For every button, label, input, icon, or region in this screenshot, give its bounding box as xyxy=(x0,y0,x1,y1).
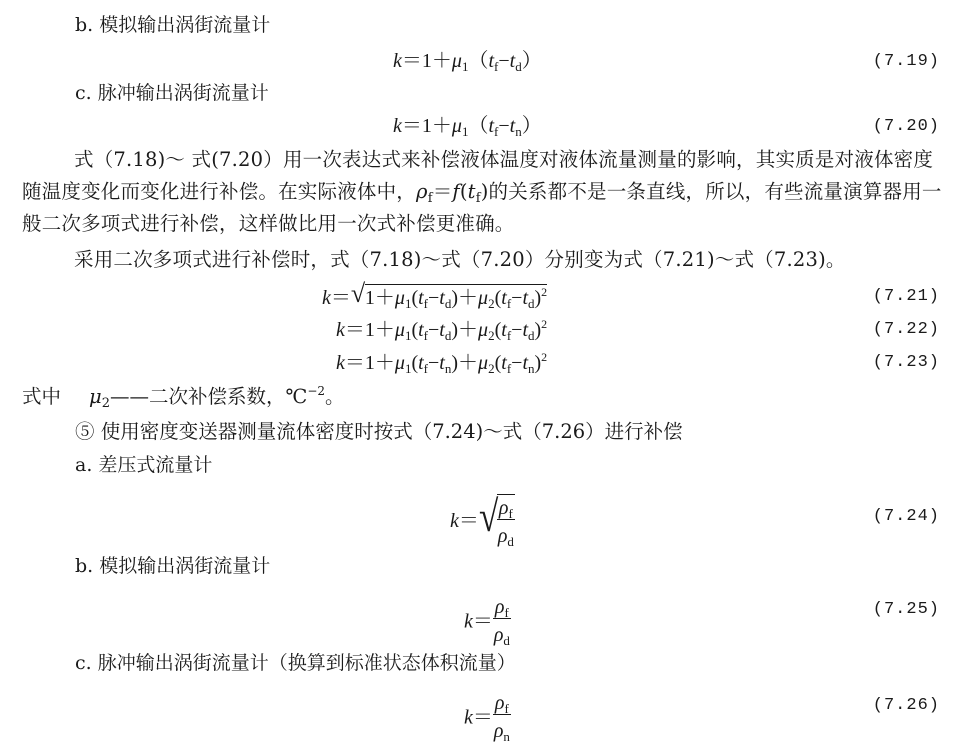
equals-sign: ＝ xyxy=(345,352,365,374)
mu2-definition: 式中μ2——二次补偿系数，℃−2。 xyxy=(22,385,345,409)
paragraph-compensation-explanation: 式（7.18)～ 式(7.20）用一次表达式来补偿液体温度对液体流量测量的影响，… xyxy=(22,144,942,240)
minus-sign: − xyxy=(511,287,522,309)
superscript: 2 xyxy=(541,285,547,299)
var-k: k xyxy=(393,50,402,72)
number-one: 1 xyxy=(365,319,375,341)
period: 。 xyxy=(325,385,345,408)
var-rho: ρ xyxy=(416,180,428,203)
var-rho: ρ xyxy=(499,497,509,519)
plus-sign: ＋ xyxy=(375,319,395,341)
minus-sign: − xyxy=(511,319,522,341)
minus-sign: − xyxy=(428,287,439,309)
subscript: 2 xyxy=(102,396,110,411)
fraction: ρfρd xyxy=(493,596,511,647)
number-one: 1 xyxy=(365,287,375,309)
var-rho: ρ xyxy=(494,624,504,646)
square-root: √ρfρd xyxy=(479,494,515,548)
var-mu: μ xyxy=(478,319,488,341)
var-mu: μ xyxy=(395,319,405,341)
plus-sign: ＋ xyxy=(375,352,395,374)
paren: （ xyxy=(468,50,488,72)
var-k: k xyxy=(464,611,473,633)
paren: ） xyxy=(522,115,542,137)
equals-sign: ＝ xyxy=(473,707,493,729)
plus-sign: ＋ xyxy=(458,352,478,374)
item-a-dp-meter-heading: a. 差压式流量计 xyxy=(75,453,212,477)
minus-sign: − xyxy=(498,50,509,72)
sqrt-radicand: 1＋μ1(tf−td)＋μ2(tf−td)2 xyxy=(365,284,547,310)
minus-sign: − xyxy=(428,319,439,341)
subscript: d xyxy=(507,534,514,549)
equals-sign: ＝ xyxy=(459,510,479,532)
plus-sign: ＋ xyxy=(432,50,452,72)
subscript: f xyxy=(505,605,509,620)
var-t: t xyxy=(468,180,476,203)
equation-number-7-23: (7.23) xyxy=(873,353,940,372)
var-k: k xyxy=(336,352,345,374)
var-k: k xyxy=(450,510,459,532)
denominator: ρn xyxy=(493,715,511,743)
plus-sign: ＋ xyxy=(458,319,478,341)
denominator: ρd xyxy=(493,619,511,647)
paren: ） xyxy=(522,50,542,72)
equation-number-7-22: (7.22) xyxy=(873,320,940,339)
sqrt-icon: √ xyxy=(351,280,365,308)
plus-sign: ＋ xyxy=(375,287,395,309)
var-k: k xyxy=(322,287,331,309)
equals-sign: ＝ xyxy=(433,180,453,203)
fraction: ρfρn xyxy=(493,692,511,743)
var-mu: μ xyxy=(452,115,462,137)
sqrt-radicand: ρfρd xyxy=(497,494,515,548)
subscript: n xyxy=(503,729,510,744)
equation-number-7-19: (7.19) xyxy=(873,52,940,71)
subscript: f xyxy=(505,701,509,716)
var-rho: ρ xyxy=(495,692,505,714)
equation-7-22: k＝1＋μ1(tf−td)＋μ2(tf−td)2 xyxy=(336,318,547,342)
var-rho: ρ xyxy=(495,596,505,618)
paragraph-quadratic-intro: 采用二次多项式进行补偿时，式（7.18)～式（7.20）分别变为式（7.21)～… xyxy=(22,244,942,276)
var-rho: ρ xyxy=(494,720,504,742)
equation-number-7-21: (7.21) xyxy=(873,287,940,306)
equation-number-7-25: (7.25) xyxy=(873,600,940,619)
number-one: 1 xyxy=(365,352,375,374)
plus-sign: ＋ xyxy=(458,287,478,309)
numerator: ρf xyxy=(493,692,511,715)
var-mu: μ xyxy=(478,352,488,374)
equals-sign: ＝ xyxy=(345,319,365,341)
item-b-analog-vortex-heading-2: b. 模拟输出涡街流量计 xyxy=(75,554,270,578)
equation-7-21: k＝√1＋μ1(tf−td)＋μ2(tf−td)2 xyxy=(322,284,547,310)
equals-sign: ＝ xyxy=(331,287,351,309)
var-rho: ρ xyxy=(498,525,508,547)
subscript: d xyxy=(503,633,510,648)
equation-7-24: k＝√ρfρd xyxy=(450,494,515,548)
paren: ) xyxy=(481,180,489,203)
equation-7-25: k＝ρfρd xyxy=(464,596,511,647)
paren: （ xyxy=(468,115,488,137)
var-mu: μ xyxy=(89,385,102,408)
unit-exponent: −2 xyxy=(307,384,325,398)
equation-7-26: k＝ρfρn xyxy=(464,692,511,743)
superscript: 2 xyxy=(541,350,547,364)
item-c-pulse-vortex-heading: c. 脉冲输出涡街流量计 xyxy=(75,81,269,105)
equation-number-7-20: (7.20) xyxy=(873,117,940,136)
equals-sign: ＝ xyxy=(402,50,422,72)
var-mu: μ xyxy=(395,287,405,309)
equals-sign: ＝ xyxy=(473,611,493,633)
equation-7-19: k＝1＋μ1（tf−td） xyxy=(393,49,542,73)
sqrt-icon: √ xyxy=(479,492,498,542)
var-mu: μ xyxy=(478,287,488,309)
minus-sign: − xyxy=(511,352,522,374)
item-c-pulse-vortex-heading-2: c. 脉冲输出涡街流量计（换算到标准状态体积流量） xyxy=(75,651,516,675)
number-one: 1 xyxy=(422,50,432,72)
var-k: k xyxy=(336,319,345,341)
plus-sign: ＋ xyxy=(432,115,452,137)
equation-number-7-24: (7.24) xyxy=(873,507,940,526)
superscript: 2 xyxy=(541,317,547,331)
definition-text: ——二次补偿系数，℃ xyxy=(110,385,307,408)
item-b-analog-vortex-heading: b. 模拟输出涡街流量计 xyxy=(75,13,270,37)
equation-7-20: k＝1＋μ1（tf−tn） xyxy=(393,114,542,138)
func-f: f xyxy=(452,180,459,203)
equation-7-23: k＝1＋μ1(tf−tn)＋μ2(tf−tn)2 xyxy=(336,351,547,375)
fraction: ρfρd xyxy=(497,497,515,548)
numerator: ρf xyxy=(497,497,515,520)
numerator: ρf xyxy=(493,596,511,619)
var-k: k xyxy=(464,707,473,729)
subscript: f xyxy=(509,506,513,521)
square-root: √1＋μ1(tf−td)＋μ2(tf−td)2 xyxy=(351,284,547,310)
equals-sign: ＝ xyxy=(402,115,422,137)
minus-sign: − xyxy=(498,115,509,137)
var-k: k xyxy=(393,115,402,137)
item-5-density-transmitter: ⑤ 使用密度变送器测量流体密度时按式（7.24)～式（7.26）进行补偿 xyxy=(75,420,683,444)
paragraph-text: 采用二次多项式进行补偿时，式（7.18)～式（7.20）分别变为式（7.21)～… xyxy=(74,248,846,271)
minus-sign: − xyxy=(428,352,439,374)
var-mu: μ xyxy=(452,50,462,72)
equation-number-7-26: (7.26) xyxy=(873,696,940,715)
where-label: 式中 xyxy=(22,385,61,408)
paren: ( xyxy=(460,180,468,203)
denominator: ρd xyxy=(497,520,515,548)
number-one: 1 xyxy=(422,115,432,137)
var-mu: μ xyxy=(395,352,405,374)
